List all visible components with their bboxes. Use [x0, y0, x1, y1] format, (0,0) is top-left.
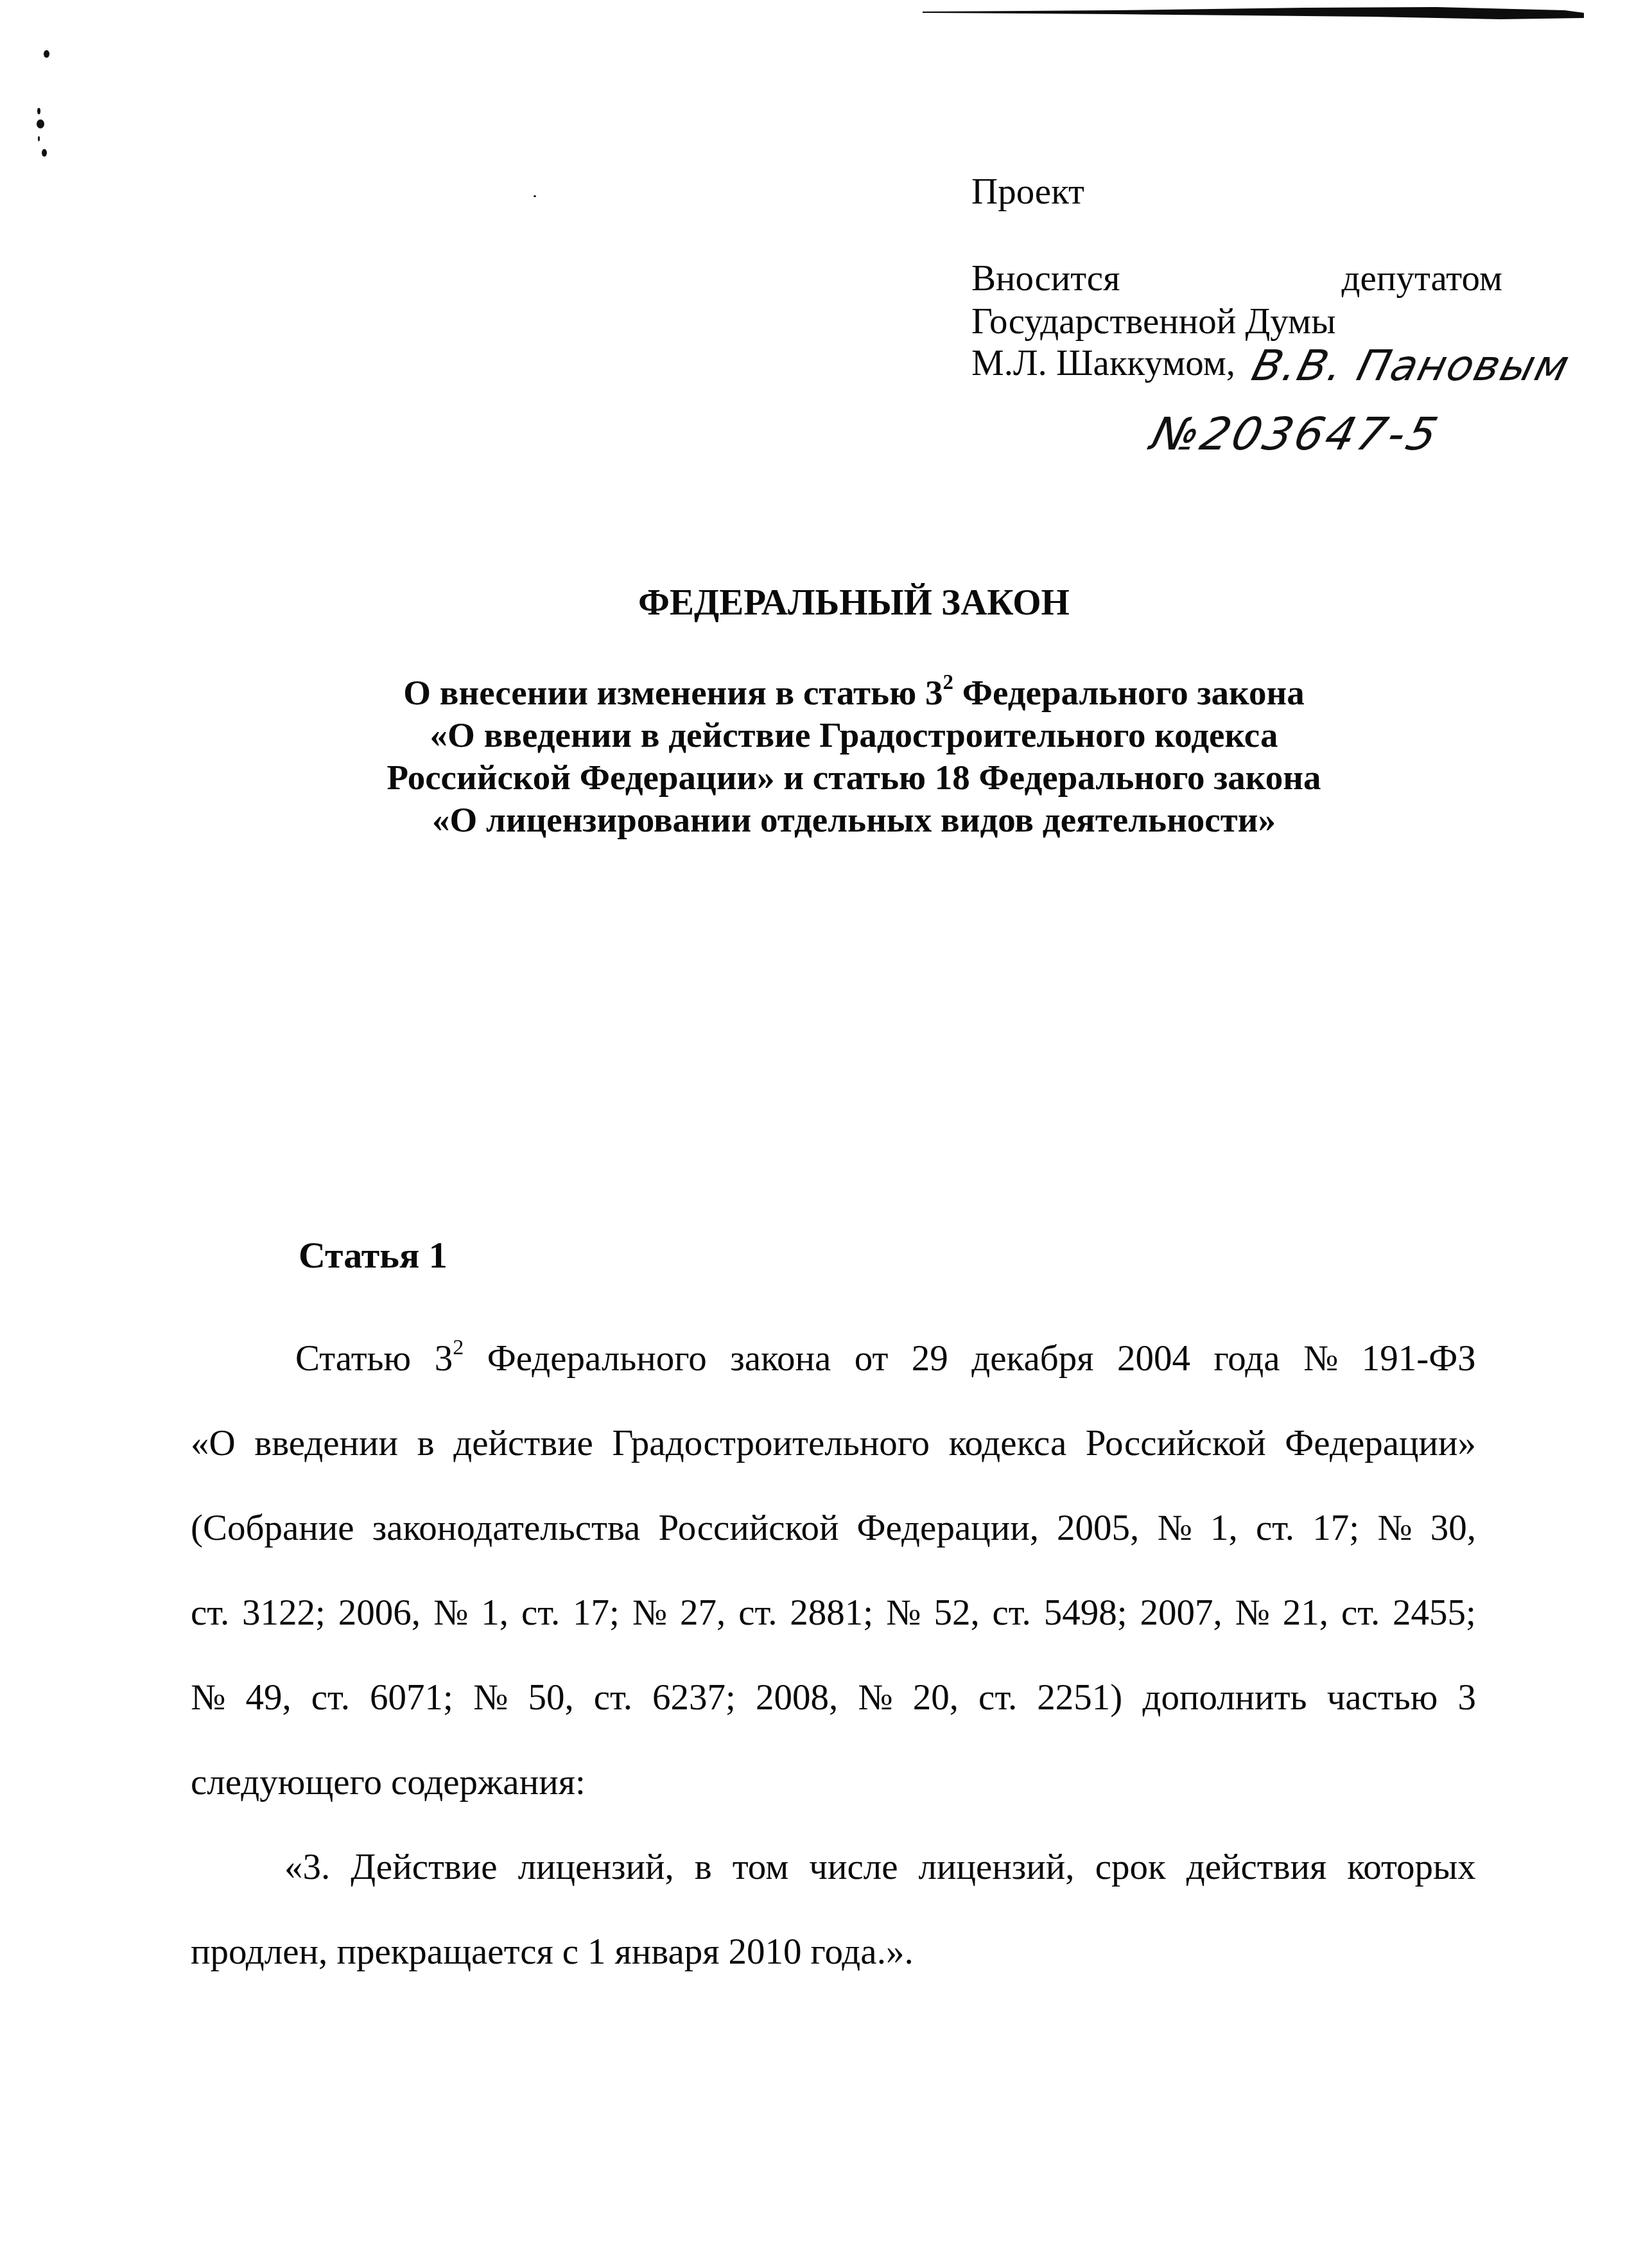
body-word: 50,: [528, 1655, 573, 1740]
article-body: Статью32Федеральногозаконаот29декабря200…: [191, 1316, 1476, 1994]
subtitle-line: «О введении в действие Градостроительног…: [0, 714, 1625, 756]
body-word: с: [562, 1910, 578, 1994]
body-word: продлен,: [191, 1910, 327, 1994]
body-word: числе: [809, 1825, 898, 1910]
body-line: «ОвведениивдействиеГрадостроительногокод…: [191, 1401, 1476, 1486]
body-word: 17;: [573, 1571, 620, 1655]
body-word: ст.: [978, 1655, 1017, 1740]
document-title: ФЕДЕРАЛЬНЫЙ ЗАКОН: [0, 580, 1625, 625]
body-word: 6071;: [370, 1655, 453, 1740]
scan-speck: [534, 195, 536, 197]
body-word: 1: [587, 1910, 606, 1994]
body-word: «О: [191, 1401, 236, 1486]
body-word: которых: [1347, 1825, 1476, 1910]
body-word: Российской: [1086, 1401, 1266, 1486]
body-word: 3: [1457, 1655, 1476, 1740]
body-line: ст.3122;2006,№1,ст.17;№27,ст.2881;№52,ст…: [191, 1571, 1476, 1655]
body-word: 2008,: [756, 1655, 838, 1740]
body-word: том: [733, 1825, 789, 1910]
body-word: кодекса: [949, 1401, 1067, 1486]
body-word: 2005,: [1057, 1486, 1139, 1571]
body-line: №49,ст.6071;№50,ст.6237;2008,№20,ст.2251…: [191, 1655, 1476, 1740]
body-word: 2007,: [1140, 1571, 1222, 1655]
body-word: ст.: [1341, 1571, 1380, 1655]
body-word: в: [417, 1401, 435, 1486]
body-word: 30,: [1430, 1486, 1476, 1571]
body-word: ст.: [191, 1571, 229, 1655]
body-word: срок: [1095, 1825, 1166, 1910]
handwritten-bill-number: №203647-5: [1146, 408, 1445, 460]
body-line: «3.Действиелицензий,втомчислелицензий,ср…: [191, 1825, 1476, 1910]
body-word: 2251): [1037, 1655, 1122, 1740]
body-word: 49,: [245, 1655, 291, 1740]
body-word: №: [191, 1655, 225, 1740]
body-line: (СобраниезаконодательстваРоссийскойФедер…: [191, 1486, 1476, 1571]
body-word: Российской: [658, 1486, 839, 1571]
body-word: 2006,: [338, 1571, 421, 1655]
body-line: продлен,прекращаетсяс1января2010года.».: [191, 1910, 1476, 1994]
body-word: №: [858, 1655, 892, 1740]
body-word: Федерального: [487, 1316, 707, 1401]
scan-speck: [42, 149, 47, 157]
body-word: 21,: [1283, 1571, 1328, 1655]
body-word: следующего: [191, 1740, 382, 1825]
body-word: ст.: [521, 1571, 560, 1655]
submitted-by-line: Вносится депутатом: [971, 257, 1502, 300]
body-word: Федерации,: [857, 1486, 1039, 1571]
body-word: №: [473, 1655, 508, 1740]
body-word: Статью: [295, 1316, 411, 1401]
deputy-name: М.Л. Шаккумом,: [971, 342, 1235, 385]
duma-line: Государственной Думы: [971, 301, 1335, 343]
body-word: №: [1157, 1486, 1192, 1571]
body-word: 1,: [481, 1571, 508, 1655]
body-word: прекращается: [336, 1910, 553, 1994]
subtitle-line: «О лицензировании отдельных видов деятел…: [0, 799, 1625, 841]
body-word: года.».: [811, 1910, 914, 1994]
body-word: ст.: [993, 1571, 1031, 1655]
handwritten-cosponsor: В.В. Пановым: [1247, 342, 1575, 390]
body-word: №: [433, 1571, 468, 1655]
body-word: 5498;: [1044, 1571, 1127, 1655]
body-word: Действие: [351, 1825, 497, 1910]
body-word: 27,: [680, 1571, 726, 1655]
body-word: декабря: [971, 1316, 1093, 1401]
scan-speck: [38, 136, 40, 141]
body-word: в: [695, 1825, 712, 1910]
body-word: №: [632, 1571, 667, 1655]
scan-speck: [37, 108, 40, 114]
body-word: частью: [1327, 1655, 1438, 1740]
body-word: Градостроительного: [613, 1401, 930, 1486]
body-word: 32: [435, 1316, 464, 1401]
body-word: содержания:: [391, 1740, 586, 1825]
project-label: Проект: [971, 171, 1084, 213]
body-word: лицензий,: [919, 1825, 1075, 1910]
body-word: ст.: [594, 1655, 632, 1740]
body-word: года: [1213, 1316, 1280, 1401]
body-word: ст.: [311, 1655, 350, 1740]
body-word: №: [886, 1571, 921, 1655]
body-word: действия: [1186, 1825, 1327, 1910]
body-word: 17;: [1312, 1486, 1359, 1571]
deputy-word: депутатом: [1342, 257, 1502, 300]
body-word: 20,: [913, 1655, 959, 1740]
scan-speck: [37, 119, 44, 128]
scan-artifact-bar: [923, 4, 1585, 21]
body-word: №: [1235, 1571, 1270, 1655]
body-word: №: [1377, 1486, 1412, 1571]
subtitle-line: О внесении изменения в статью 32 Федерал…: [0, 672, 1625, 714]
document-page: Проект Вносится депутатом Государственно…: [0, 0, 1625, 2268]
body-word: 191-ФЗ: [1362, 1316, 1476, 1401]
scan-speck: [44, 50, 49, 58]
body-word: действие: [453, 1401, 593, 1486]
body-word: от: [855, 1316, 889, 1401]
body-word: 29: [912, 1316, 948, 1401]
body-word: ст.: [1256, 1486, 1294, 1571]
body-word: января: [615, 1910, 720, 1994]
body-word: закона: [730, 1316, 831, 1401]
body-word: 52,: [934, 1571, 979, 1655]
body-word: 3122;: [242, 1571, 326, 1655]
body-line: следующегосодержания:: [191, 1740, 1476, 1825]
article-heading: Статья 1: [299, 1233, 448, 1278]
body-word: ст.: [738, 1571, 777, 1655]
document-subtitle: О внесении изменения в статью 32 Федерал…: [0, 672, 1625, 841]
subtitle-line: Российской Федерации» и статью 18 Федера…: [0, 756, 1625, 799]
body-word: Федерации»: [1285, 1401, 1476, 1486]
body-word: 2010: [729, 1910, 802, 1994]
body-word: 1,: [1210, 1486, 1238, 1571]
body-word: дополнить: [1142, 1655, 1307, 1740]
body-word: законодательства: [372, 1486, 641, 1571]
body-word: «3.: [284, 1825, 330, 1910]
submitted-word: Вносится: [971, 257, 1120, 300]
body-word: №: [1303, 1316, 1338, 1401]
body-word: введении: [254, 1401, 398, 1486]
body-word: 2004: [1117, 1316, 1190, 1401]
body-line: Статью32Федеральногозаконаот29декабря200…: [191, 1316, 1476, 1401]
body-word: (Собрание: [191, 1486, 354, 1571]
body-word: 2881;: [790, 1571, 873, 1655]
body-word: 2455;: [1393, 1571, 1476, 1655]
body-word: лицензий,: [518, 1825, 674, 1910]
body-word: 6237;: [652, 1655, 736, 1740]
